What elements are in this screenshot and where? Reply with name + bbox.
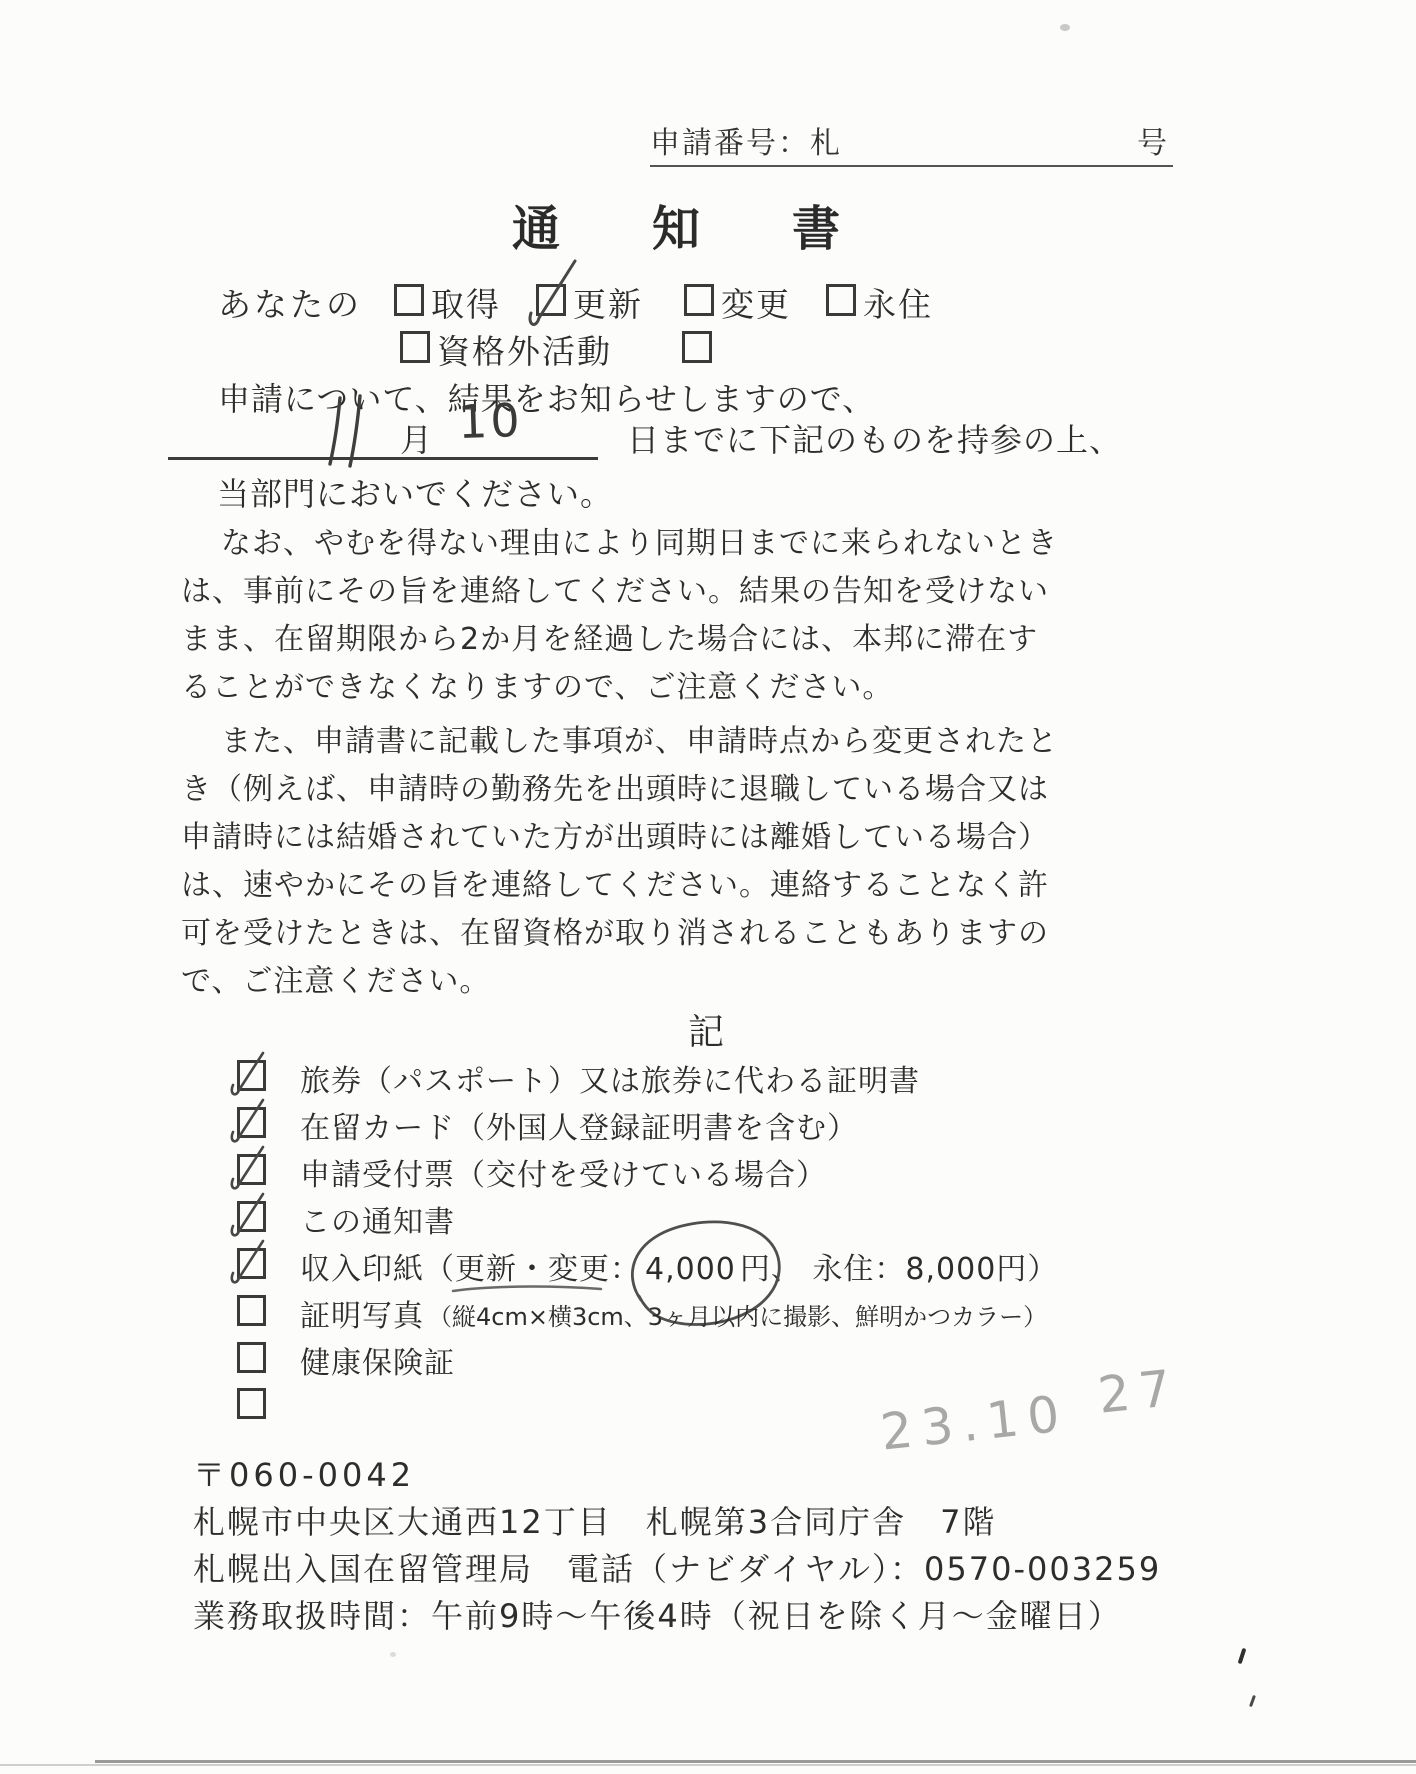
- handwritten-check-icon: [227, 1047, 271, 1101]
- checklist-item-label: 証明写真: [300, 1291, 424, 1335]
- footer-business-hours: 業務取扱時間：午前9時～午後4時（祝日を除く月～金曜日）: [193, 1591, 1122, 1637]
- checklist-item-label: 収入印紙（更新・変更：4,000円、 永住：8,000円）: [300, 1244, 1058, 1288]
- paragraph-line: は、速やかにその旨を連絡してください。連絡することなく許: [181, 862, 1081, 910]
- checklist-item-photo: 証明写真 （縦4cm×横3cm、3ヶ月以内に撮影、鮮明かつカラー）: [237, 1291, 1047, 1335]
- application-number-unit: 号: [1137, 118, 1167, 162]
- footer-postal-code: 〒060-0042: [193, 1450, 415, 1496]
- handwritten-check-icon: [227, 1188, 271, 1242]
- paragraph-change-notification: また、申請書に記載した事項が、申請時点から変更されたと き（例えば、申請時の勤務…: [181, 718, 1081, 1006]
- photo-requirements-note: （縦4cm×横3cm、3ヶ月以内に撮影、鮮明かつカラー）: [428, 1297, 1047, 1335]
- checkbox-icon: [400, 331, 430, 363]
- stamp-date-part1: 23.10: [878, 1384, 1071, 1461]
- checklist-item-passport: 旅券（パスポート）又は旅券に代わる証明書: [237, 1056, 920, 1100]
- checkbox-icon: [394, 284, 424, 316]
- month-unit-label: 月: [400, 415, 432, 461]
- checkbox-option-koshin: 更新: [536, 279, 643, 326]
- date-line-suffix: 日までに下記のものを持参の上、: [627, 415, 1122, 461]
- paragraph-deadline-warning: なお、やむを得ない理由により同期日までに来られないとき は、事前にその旨を連絡し…: [181, 520, 1081, 712]
- checkbox-icon: [237, 1107, 266, 1138]
- footer-office-phone: 札幌出入国在留管理局 電話（ナビダイヤル）：0570-003259: [193, 1544, 1161, 1590]
- scan-artifact: [0, 1764, 1416, 1766]
- notice-sentence-2: 当部門においでください。: [217, 469, 613, 515]
- checkbox-label: 資格外活動: [437, 326, 612, 373]
- checkbox-label: 永住: [863, 279, 933, 326]
- scanned-notice-document: 申請番号：札 号 通 知 書 あなたの 取得 更新 変更 永住 資格外活動: [0, 0, 1416, 1774]
- application-number-label: 申請番号：札: [650, 118, 842, 162]
- checkbox-icon: [237, 1060, 266, 1091]
- checkbox-option-blank: [682, 326, 719, 363]
- scan-artifact: [1060, 24, 1070, 31]
- paragraph-line: まま、在留期限から2か月を経過した場合には、本邦に滞在す: [181, 616, 1081, 664]
- handwritten-check-icon: [227, 1094, 271, 1148]
- checkbox-label: 取得: [431, 279, 501, 326]
- paragraph-line: 申請時には結婚されていた方が出頭時には離婚している場合）: [181, 814, 1081, 862]
- scan-artifact: [390, 1652, 396, 1657]
- paragraph-line: き（例えば、申請時の勤務先を出頭時に退職している場合又は: [181, 766, 1081, 814]
- paragraph-line: は、事前にその旨を連絡してください。結果の告知を受けない: [181, 568, 1081, 616]
- paragraph-line: なお、やむを得ない理由により同期日までに来られないとき: [181, 520, 1081, 568]
- stamp-date-part2: 27: [1095, 1358, 1182, 1424]
- paragraph-line: ることができなくなりますので、ご注意ください。: [181, 664, 1081, 712]
- checkbox-label: 変更: [721, 279, 791, 326]
- checkbox-option-shikakugai: 資格外活動: [400, 326, 612, 373]
- checkbox-icon: [237, 1154, 266, 1185]
- checkbox-option-henko: 変更: [684, 279, 791, 326]
- checklist-item-receipt: 申請受付票（交付を受けている場合）: [237, 1150, 827, 1194]
- checkbox-option-eiju: 永住: [826, 279, 933, 326]
- recipient-label: あなたの: [218, 279, 362, 326]
- checklist-item-label: 旅券（パスポート）又は旅券に代わる証明書: [300, 1056, 920, 1100]
- checkbox-option-shutoku: 取得: [394, 279, 501, 326]
- application-number-blank-line: [650, 165, 1173, 167]
- checklist-item-health-insurance: 健康保険証: [237, 1338, 455, 1382]
- checkbox-icon: [237, 1295, 266, 1326]
- underlined-renewal-change: 更新・変更: [455, 1244, 610, 1288]
- notice-sentence-1: 申請について、結果をお知らせしますので、: [218, 374, 875, 420]
- checkbox-label: 更新: [573, 279, 643, 326]
- page-title: 通 知 書: [512, 190, 862, 259]
- checklist-item-revenue-stamp: 収入印紙（更新・変更：4,000円、 永住：8,000円）: [237, 1244, 1058, 1288]
- checklist-item-residence-card: 在留カード（外国人登録証明書を含む）: [237, 1103, 858, 1147]
- checklist-item-blank: [237, 1384, 300, 1419]
- scan-artifact: [1249, 1695, 1256, 1707]
- handwritten-date-stamp: 23.1027: [878, 1372, 1184, 1461]
- list-heading: 記: [688, 1004, 724, 1055]
- checklist-item-this-notice: この通知書: [237, 1197, 455, 1241]
- scan-artifact: [95, 1760, 1416, 1763]
- checkbox-icon: [237, 1388, 266, 1419]
- checklist-item-label: 健康保険証: [300, 1338, 455, 1382]
- scan-artifact: [1238, 1648, 1247, 1664]
- revenue-stamp-prefix: 収入印紙（: [300, 1252, 455, 1287]
- footer-address: 札幌市中央区大通西12丁目 札幌第3合同庁舎 7階: [193, 1497, 996, 1543]
- date-blank-line: [168, 457, 598, 460]
- handwritten-check-icon: [227, 1141, 271, 1195]
- handwritten-day-value: 10: [457, 393, 523, 449]
- paragraph-line: 可を受けたときは、在留資格が取り消されることもありますの: [181, 910, 1081, 958]
- checklist-item-label: 在留カード（外国人登録証明書を含む）: [300, 1103, 858, 1147]
- checklist-item-label: 申請受付票（交付を受けている場合）: [300, 1150, 827, 1194]
- checkbox-icon: [536, 284, 566, 316]
- checkbox-icon: [237, 1248, 266, 1279]
- checkbox-icon: [684, 284, 714, 316]
- handwritten-check-icon: [227, 1235, 271, 1289]
- paragraph-line: で、ご注意ください。: [181, 958, 1081, 1006]
- checkbox-icon: [826, 284, 856, 316]
- paragraph-line: また、申請書に記載した事項が、申請時点から変更されたと: [181, 718, 1081, 766]
- checkbox-icon: [237, 1201, 266, 1232]
- circled-fee-amount: 4,000: [641, 1252, 740, 1287]
- checkbox-icon: [237, 1342, 266, 1373]
- checklist-item-label: この通知書: [300, 1197, 455, 1241]
- checkbox-icon: [682, 331, 712, 363]
